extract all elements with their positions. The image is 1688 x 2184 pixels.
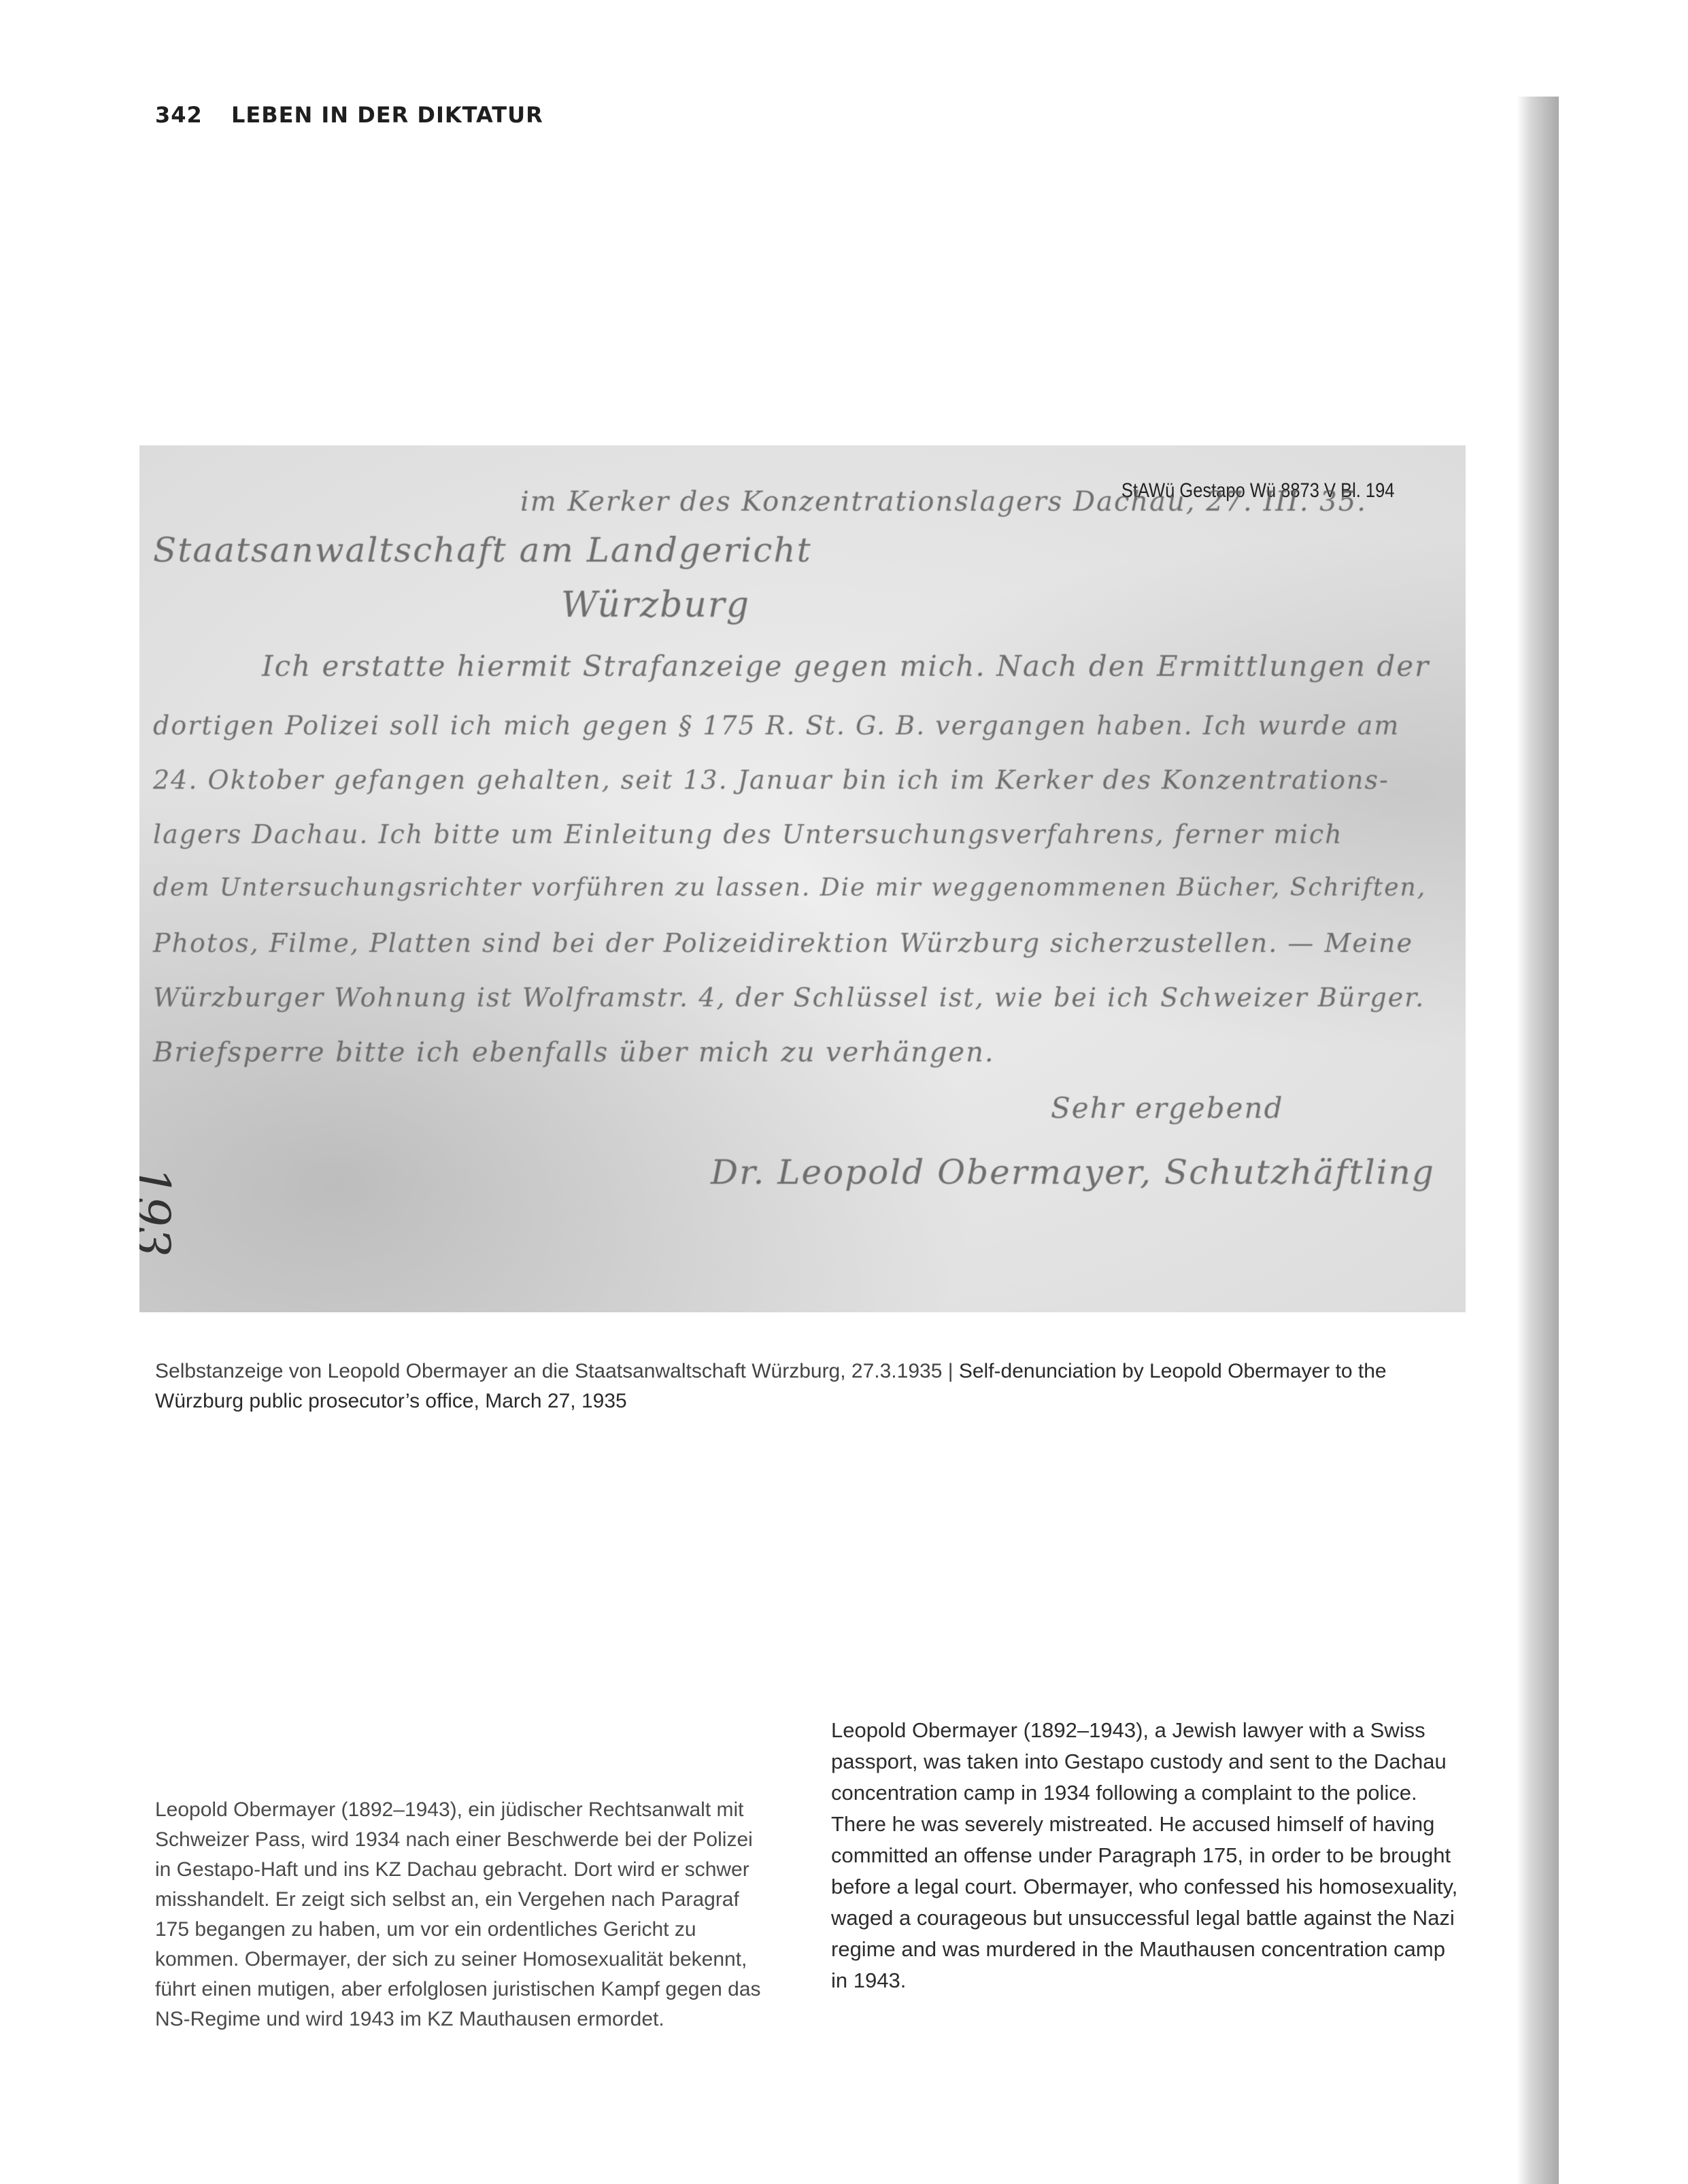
handwriting-line: Staatsanwaltschaft am Landgericht bbox=[153, 530, 812, 570]
section-title: LEBEN IN DER DIKTATUR bbox=[231, 102, 543, 128]
handwriting-signature: Dr. Leopold Obermayer, Schutzhäftling bbox=[711, 1153, 1435, 1192]
caption-separator: | bbox=[942, 1360, 958, 1382]
handwriting-line: dortigen Polizei soll ich mich gegen § 1… bbox=[153, 711, 1400, 740]
caption-german: Selbstanzeige von Leopold Obermayer an d… bbox=[155, 1360, 942, 1382]
handwriting-line: Würzburger Wohnung ist Wolframstr. 4, de… bbox=[153, 983, 1425, 1012]
handwriting-closing: Sehr ergebend bbox=[1051, 1091, 1283, 1125]
handwriting-line: 24. Oktober gefangen gehalten, seit 13. … bbox=[153, 765, 1389, 795]
body-text-german: Leopold Obermayer (1892–1943), ein jüdis… bbox=[155, 1795, 771, 2034]
binding-shadow bbox=[1517, 97, 1559, 2184]
running-head: 342 LEBEN IN DER DIKTATUR bbox=[155, 102, 543, 128]
handwriting-line: Ich erstatte hiermit Strafanzeige gegen … bbox=[262, 649, 1430, 683]
folio-number: 193 bbox=[139, 1166, 180, 1257]
figure-caption: Selbstanzeige von Leopold Obermayer an d… bbox=[155, 1357, 1434, 1416]
body-text-english: Leopold Obermayer (1892–1943), a Jewish … bbox=[831, 1715, 1464, 1996]
handwriting-line: Photos, Filme, Platten sind bei der Poli… bbox=[153, 928, 1413, 958]
handwriting-line: dem Untersuchungsrichter vorführen zu la… bbox=[153, 874, 1426, 902]
document-photograph: StAWü Gestapo Wü 8873 V Bl. 194 im Kerke… bbox=[139, 445, 1466, 1312]
handwriting-line: lagers Dachau. Ich bitte um Einleitung d… bbox=[153, 819, 1343, 849]
page-number: 342 bbox=[155, 102, 203, 128]
handwriting-line: Briefsperre bitte ich ebenfalls über mic… bbox=[153, 1037, 995, 1068]
handwriting-line: Würzburg bbox=[561, 585, 750, 626]
handwriting-line: im Kerker des Konzentrationslagers Dacha… bbox=[520, 486, 1367, 517]
